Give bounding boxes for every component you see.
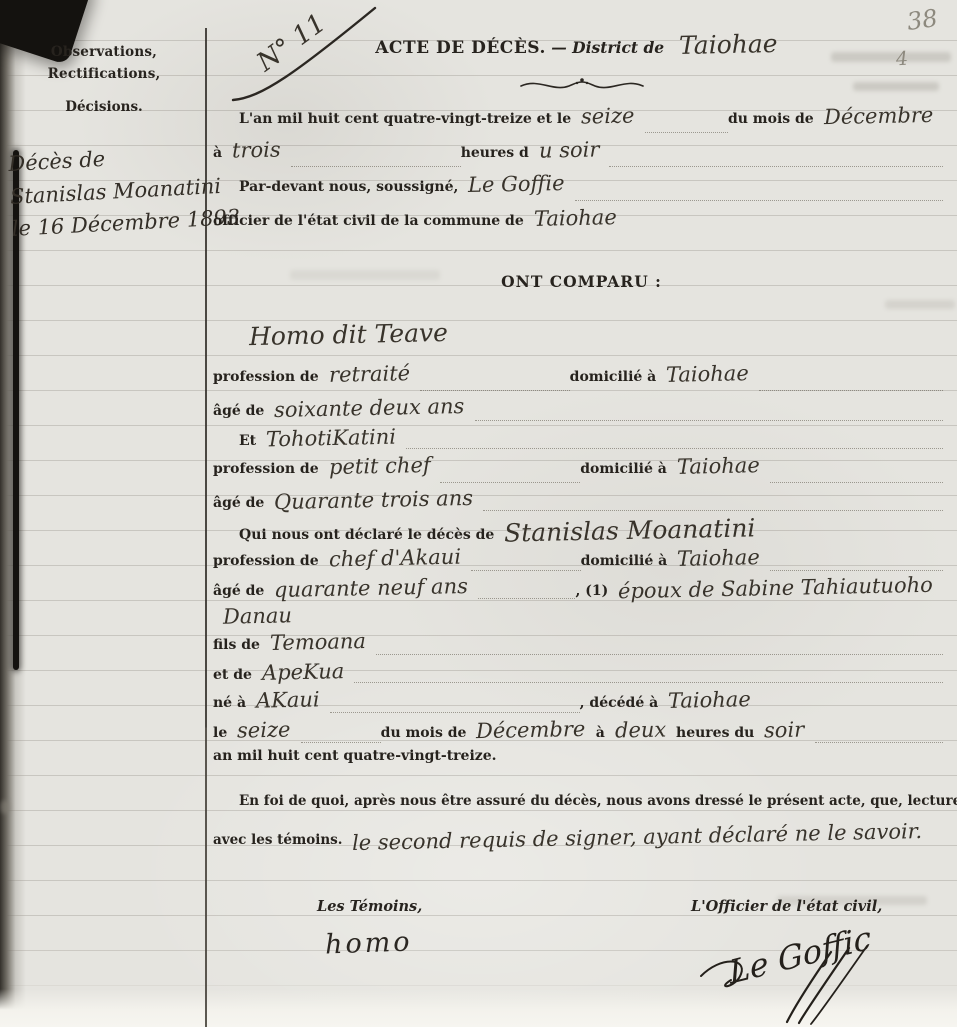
- dotted-rule: [471, 570, 581, 571]
- printed-text: Et: [239, 433, 256, 449]
- handwriting-birthplace: AKaui: [246, 687, 330, 713]
- handwriting-death-day: seize: [227, 717, 301, 743]
- dotted-rule: [759, 390, 943, 391]
- printed-text: le: [213, 725, 227, 741]
- handwriting-commune: Taiohae: [524, 205, 627, 231]
- dotted-rule: [645, 132, 728, 133]
- deceased-age-line: âgé de quarante neuf ans , (1) époux de …: [213, 576, 943, 604]
- printed-text: domicilié à: [580, 461, 667, 477]
- printed-text: né à: [213, 695, 246, 711]
- witness2-age-line: âgé de Quarante trois ans: [213, 488, 943, 516]
- handwriting-spouse-continuation: Danau: [213, 603, 302, 629]
- printed-text: avec les témoins.: [213, 832, 342, 848]
- dotted-rule: [483, 510, 943, 511]
- dotted-rule: [354, 682, 943, 683]
- printed-text: Par-devant nous, soussigné,: [239, 179, 458, 195]
- handwriting-month: Décembre: [813, 103, 943, 130]
- dotted-rule: [575, 200, 943, 201]
- birth-death-place-line: né à AKaui , décédé à Taiohae: [213, 688, 943, 718]
- handwriting-death-hour: deux: [605, 717, 677, 742]
- printed-text: heures d: [461, 145, 529, 161]
- district-value-handwriting: Taiohae: [669, 29, 788, 60]
- officer-signature: Le Goffic: [681, 918, 941, 1026]
- ornament-divider: [213, 76, 950, 98]
- comparu-section: Homo dit Teave profession de retraité do…: [213, 320, 943, 774]
- printed-text: profession de: [213, 369, 319, 385]
- death-date-line: le seize du mois de Décembre à deux heur…: [213, 718, 943, 748]
- dotted-rule: [609, 166, 943, 167]
- printed-text: profession de: [213, 461, 319, 477]
- handwriting-profession: petit chef: [318, 453, 440, 480]
- dotted-rule: [420, 390, 570, 391]
- dotted-rule: [815, 742, 944, 743]
- printed-text: du mois de: [381, 725, 467, 741]
- form-line-hour: à trois heures d u soir: [213, 138, 943, 172]
- act-title: ACTE DE DÉCÈS. — District de Taiohae: [213, 30, 950, 59]
- form-line-date: L'an mil huit cent quatre-vingt-treize e…: [213, 104, 943, 138]
- dotted-rule: [475, 420, 943, 421]
- handwriting-officiant-name: Le Goffie: [458, 171, 575, 197]
- witness2-name-line: Et TohotiKatini: [213, 426, 943, 454]
- handwriting-hour: trois: [222, 137, 291, 162]
- death-year-line: an mil huit cent quatre-vingt-treize.: [213, 748, 943, 774]
- witness1-name-line: Homo dit Teave: [213, 320, 943, 362]
- dotted-rule: [770, 482, 943, 483]
- printed-text: à: [213, 145, 222, 161]
- handwriting-domicile: Taiohae: [667, 453, 770, 479]
- form-line-commune: officier de l'état civil de la commune d…: [213, 206, 943, 240]
- handwriting-father: Temoana: [260, 629, 376, 655]
- handwriting-witness1-name: Homo dit Teave: [239, 318, 458, 352]
- witnesses-label: Les Témoins,: [317, 898, 422, 915]
- printed-text: , (1): [575, 583, 608, 599]
- printed-text: âgé de: [213, 403, 264, 419]
- dotted-rule: [291, 166, 461, 167]
- handwriting-closing-note: le second requis de signer, ayant déclar…: [342, 819, 932, 855]
- opening-paragraph: L'an mil huit cent quatre-vingt-treize e…: [213, 104, 943, 240]
- margin-header-line2: Décisions.: [10, 99, 198, 115]
- printed-text: Qui nous ont déclaré le décès de: [239, 527, 494, 543]
- handwriting-ampm: u soir: [529, 137, 610, 163]
- observations-margin: Observations, Rectifications, Décisions.…: [10, 42, 198, 241]
- printed-text: domicilié à: [581, 553, 668, 569]
- father-line: fils de Temoana: [213, 630, 943, 660]
- printed-text: âgé de: [213, 495, 264, 511]
- printed-text: , décédé à: [580, 695, 659, 711]
- handwriting-domicile: Taiohae: [667, 545, 770, 571]
- handwriting-witness2-name: TohotiKatini: [256, 424, 406, 451]
- officer-label: L'Officier de l'état civil,: [691, 898, 882, 915]
- printed-text: et de: [213, 667, 252, 683]
- act-body: N° 11 38 4 ACTE DE DÉCÈS. — District de …: [213, 0, 950, 1027]
- printed-text: heures du: [676, 725, 754, 741]
- district-label: — District de: [546, 38, 664, 57]
- handwriting-age: Quarante trois ans: [264, 486, 483, 515]
- printed-text: an mil huit cent quatre-vingt-treize.: [213, 748, 497, 764]
- handwriting-death-ampm: soir: [754, 717, 815, 742]
- handwriting-death-month: Décembre: [466, 717, 596, 744]
- mother-line: et de ApeKua: [213, 660, 943, 688]
- handwriting-domicile: Taiohae: [656, 361, 759, 387]
- handwriting-spouse: époux de Sabine Tahiautuoho: [608, 572, 943, 603]
- handwriting-age: quarante neuf ans: [264, 574, 478, 602]
- death-certificate-page: Observations, Rectifications, Décisions.…: [0, 0, 957, 1027]
- handwriting-age: soixante deux ans: [264, 394, 475, 422]
- printed-text: à: [596, 725, 605, 741]
- witness2-profession-line: profession de petit chef domicilié à Tai…: [213, 454, 943, 488]
- printed-text: profession de: [213, 553, 319, 569]
- comparu-heading: ONT COMPARU :: [213, 272, 950, 291]
- dotted-rule: [376, 654, 943, 655]
- dotted-rule: [770, 570, 943, 571]
- spouse-continuation-line: Danau: [213, 604, 943, 630]
- closing-line2: avec les témoins. le second requis de si…: [213, 825, 943, 857]
- handwriting-profession: retraité: [318, 361, 420, 387]
- handwriting-day: seize: [571, 103, 645, 129]
- printed-text: âgé de: [213, 583, 264, 599]
- margin-handwritten-note: Décès de Stanislas Moanatini le 16 Décem…: [8, 138, 201, 245]
- deceased-profession-line: profession de chef d'Akaui domicilié à T…: [213, 546, 943, 576]
- deceased-declaration-line: Qui nous ont déclaré le décès de Stanisl…: [213, 516, 943, 546]
- bleedthrough-mark: [0, 800, 10, 814]
- printed-text: L'an mil huit cent quatre-vingt-treize e…: [239, 111, 571, 127]
- flourish-icon: [517, 76, 647, 94]
- dotted-rule: [301, 742, 381, 743]
- handwriting-deceased-name: Stanislas Moanatini: [494, 513, 766, 548]
- printed-text: officier de l'état civil de la commune d…: [213, 213, 524, 229]
- witness-signature: homo: [324, 926, 413, 960]
- dotted-rule: [440, 482, 580, 483]
- printed-text: du mois de: [728, 111, 814, 127]
- dotted-rule: [478, 598, 575, 599]
- handwriting-profession: chef d'Akaui: [318, 544, 471, 571]
- printed-text: domicilié à: [570, 369, 657, 385]
- dotted-rule: [330, 712, 580, 713]
- act-title-label: ACTE DE DÉCÈS.: [375, 38, 546, 58]
- form-line-officiant: Par-devant nous, soussigné, Le Goffie: [213, 172, 943, 206]
- dotted-rule: [406, 448, 943, 449]
- closing-paragraph: En foi de quoi, après nous être assuré d…: [213, 793, 943, 857]
- handwriting-deathplace: Taiohae: [658, 687, 761, 713]
- printed-text: En foi de quoi, après nous être assuré d…: [239, 793, 957, 809]
- margin-header-line1: Observations, Rectifications,: [10, 42, 198, 85]
- witness1-age-line: âgé de soixante deux ans: [213, 396, 943, 426]
- handwriting-mother: ApeKua: [252, 659, 355, 685]
- witness1-profession-line: profession de retraité domicilié à Taioh…: [213, 362, 943, 396]
- printed-text: fils de: [213, 637, 260, 653]
